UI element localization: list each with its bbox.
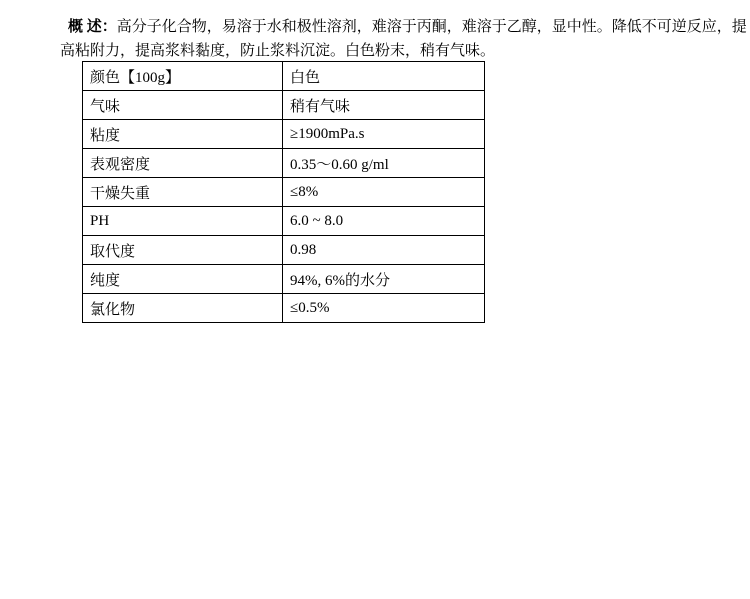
table-row: 干燥失重 ≤8% [83,178,485,207]
property-cell: 粘度 [83,120,283,149]
spec-table-body: 颜色【100g】 白色 气味 稍有气味 粘度 ≥1900mPa.s 表观密度 0… [83,62,485,323]
property-cell: 颜色【100g】 [83,62,283,91]
overview-paragraph: 概 述：高分子化合物，易溶于水和极性溶剂，难溶于丙酮，难溶于乙醇，显中性。降低不… [60,15,747,63]
property-cell: 取代度 [83,236,283,265]
overview-line-2: 高粘附力，提高浆料黏度，防止浆料沉淀。白色粉末，稍有气味。 [60,39,747,63]
value-cell: 白色 [283,62,485,91]
value-cell: 稍有气味 [283,91,485,120]
value-cell: 6.0 ~ 8.0 [283,207,485,236]
value-cell: 0.35～0.60 g/ml [283,149,485,178]
property-cell: 氯化物 [83,294,283,323]
property-cell: 表观密度 [83,149,283,178]
property-cell: 干燥失重 [83,178,283,207]
value-cell: ≥1900mPa.s [283,120,485,149]
overview-line-1-text: 高分子化合物，易溶于水和极性溶剂，难溶于丙酮，难溶于乙醇，显中性。降低不可逆反应… [117,19,747,35]
value-cell: ≤8% [283,178,485,207]
overview-line-1: 概 述：高分子化合物，易溶于水和极性溶剂，难溶于丙酮，难溶于乙醇，显中性。降低不… [60,15,747,39]
table-row: 取代度 0.98 [83,236,485,265]
table-row: 表观密度 0.35～0.60 g/ml [83,149,485,178]
property-cell: 纯度 [83,265,283,294]
table-row: PH 6.0 ~ 8.0 [83,207,485,236]
overview-label: 概 述： [68,19,117,35]
spec-table: 颜色【100g】 白色 气味 稍有气味 粘度 ≥1900mPa.s 表观密度 0… [82,61,485,323]
table-row: 氯化物 ≤0.5% [83,294,485,323]
table-row: 颜色【100g】 白色 [83,62,485,91]
value-cell: ≤0.5% [283,294,485,323]
table-row: 气味 稍有气味 [83,91,485,120]
table-row: 粘度 ≥1900mPa.s [83,120,485,149]
property-cell: 气味 [83,91,283,120]
table-row: 纯度 94%, 6%的水分 [83,265,485,294]
property-cell: PH [83,207,283,236]
value-cell: 0.98 [283,236,485,265]
value-cell: 94%, 6%的水分 [283,265,485,294]
